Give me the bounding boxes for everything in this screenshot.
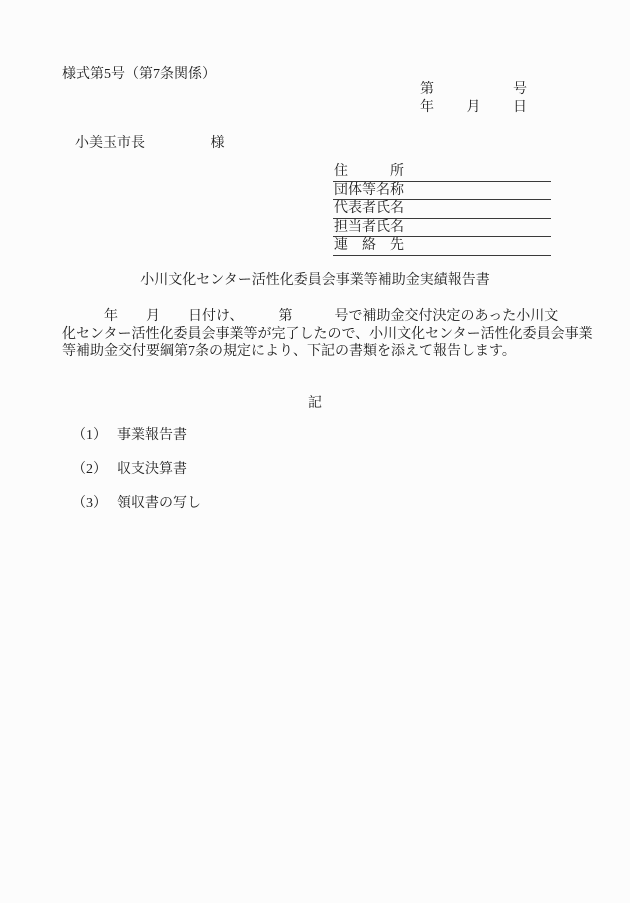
doc-number-line: 第 号 <box>420 81 527 99</box>
field-contact-info: 連 絡 先 <box>333 237 551 256</box>
doc-number-suffix: 号 <box>513 81 527 99</box>
document-title: 小川文化センター活性化委員会事業等補助金実績報告書 <box>0 269 630 289</box>
attachment-list: （1）事業報告書 （2）収支決算書 （3）領収書の写し <box>72 427 201 529</box>
doc-number-date-block: 第 号 年 月 日 <box>420 81 527 116</box>
list-item-number: （1） <box>72 428 107 443</box>
document-page: 様式第5号（第7条関係） 第 号 年 月 日 小美玉市長 様 住 所 団体等名称… <box>0 0 630 903</box>
list-item: （3）領収書の写し <box>72 495 201 512</box>
body-line: 等補助金交付要綱第7条の規定により、下記の書類を添えて報告します。 <box>62 343 574 361</box>
addressee-honorific: 様 <box>211 136 225 151</box>
field-contact-info-label: 連 絡 先 <box>334 238 404 253</box>
date-month-label: 月 <box>467 99 481 117</box>
list-item-label: 事業報告書 <box>117 428 187 443</box>
body-line: 年 月 日付け、 第 号で補助金交付決定のあった小川文 <box>62 308 574 326</box>
list-item: （2）収支決算書 <box>72 461 201 478</box>
field-representative-name-label: 代表者氏名 <box>334 201 404 216</box>
field-representative-name: 代表者氏名 <box>333 200 551 219</box>
date-line: 年 月 日 <box>420 99 527 117</box>
date-day-label: 日 <box>513 99 527 117</box>
sender-fields-block: 住 所 団体等名称 代表者氏名 担当者氏名 連 絡 先 <box>333 163 551 256</box>
list-item-number: （2） <box>72 462 107 477</box>
list-item-label: 領収書の写し <box>117 496 201 511</box>
body-line: 化センター活性化委員会事業等が完了したので、小川文化センター活性化委員会事業 <box>62 326 574 344</box>
field-address-label: 住 所 <box>334 164 404 179</box>
body-paragraph: 年 月 日付け、 第 号で補助金交付決定のあった小川文 化センター活性化委員会事… <box>62 308 574 361</box>
form-number: 様式第5号（第7条関係） <box>62 63 216 83</box>
addressee-line: 小美玉市長 様 <box>75 132 225 152</box>
addressee-name: 小美玉市長 <box>75 136 145 151</box>
field-contact-person-name-label: 担当者氏名 <box>334 220 404 235</box>
field-address: 住 所 <box>333 163 551 182</box>
list-item: （1）事業報告書 <box>72 427 201 444</box>
list-item-label: 収支決算書 <box>117 462 187 477</box>
field-organization-name-label: 団体等名称 <box>334 183 404 198</box>
record-heading: 記 <box>0 392 630 412</box>
field-organization-name: 団体等名称 <box>333 182 551 201</box>
date-year-label: 年 <box>420 99 434 117</box>
doc-number-prefix: 第 <box>420 81 434 99</box>
field-contact-person-name: 担当者氏名 <box>333 219 551 238</box>
list-item-number: （3） <box>72 496 107 511</box>
